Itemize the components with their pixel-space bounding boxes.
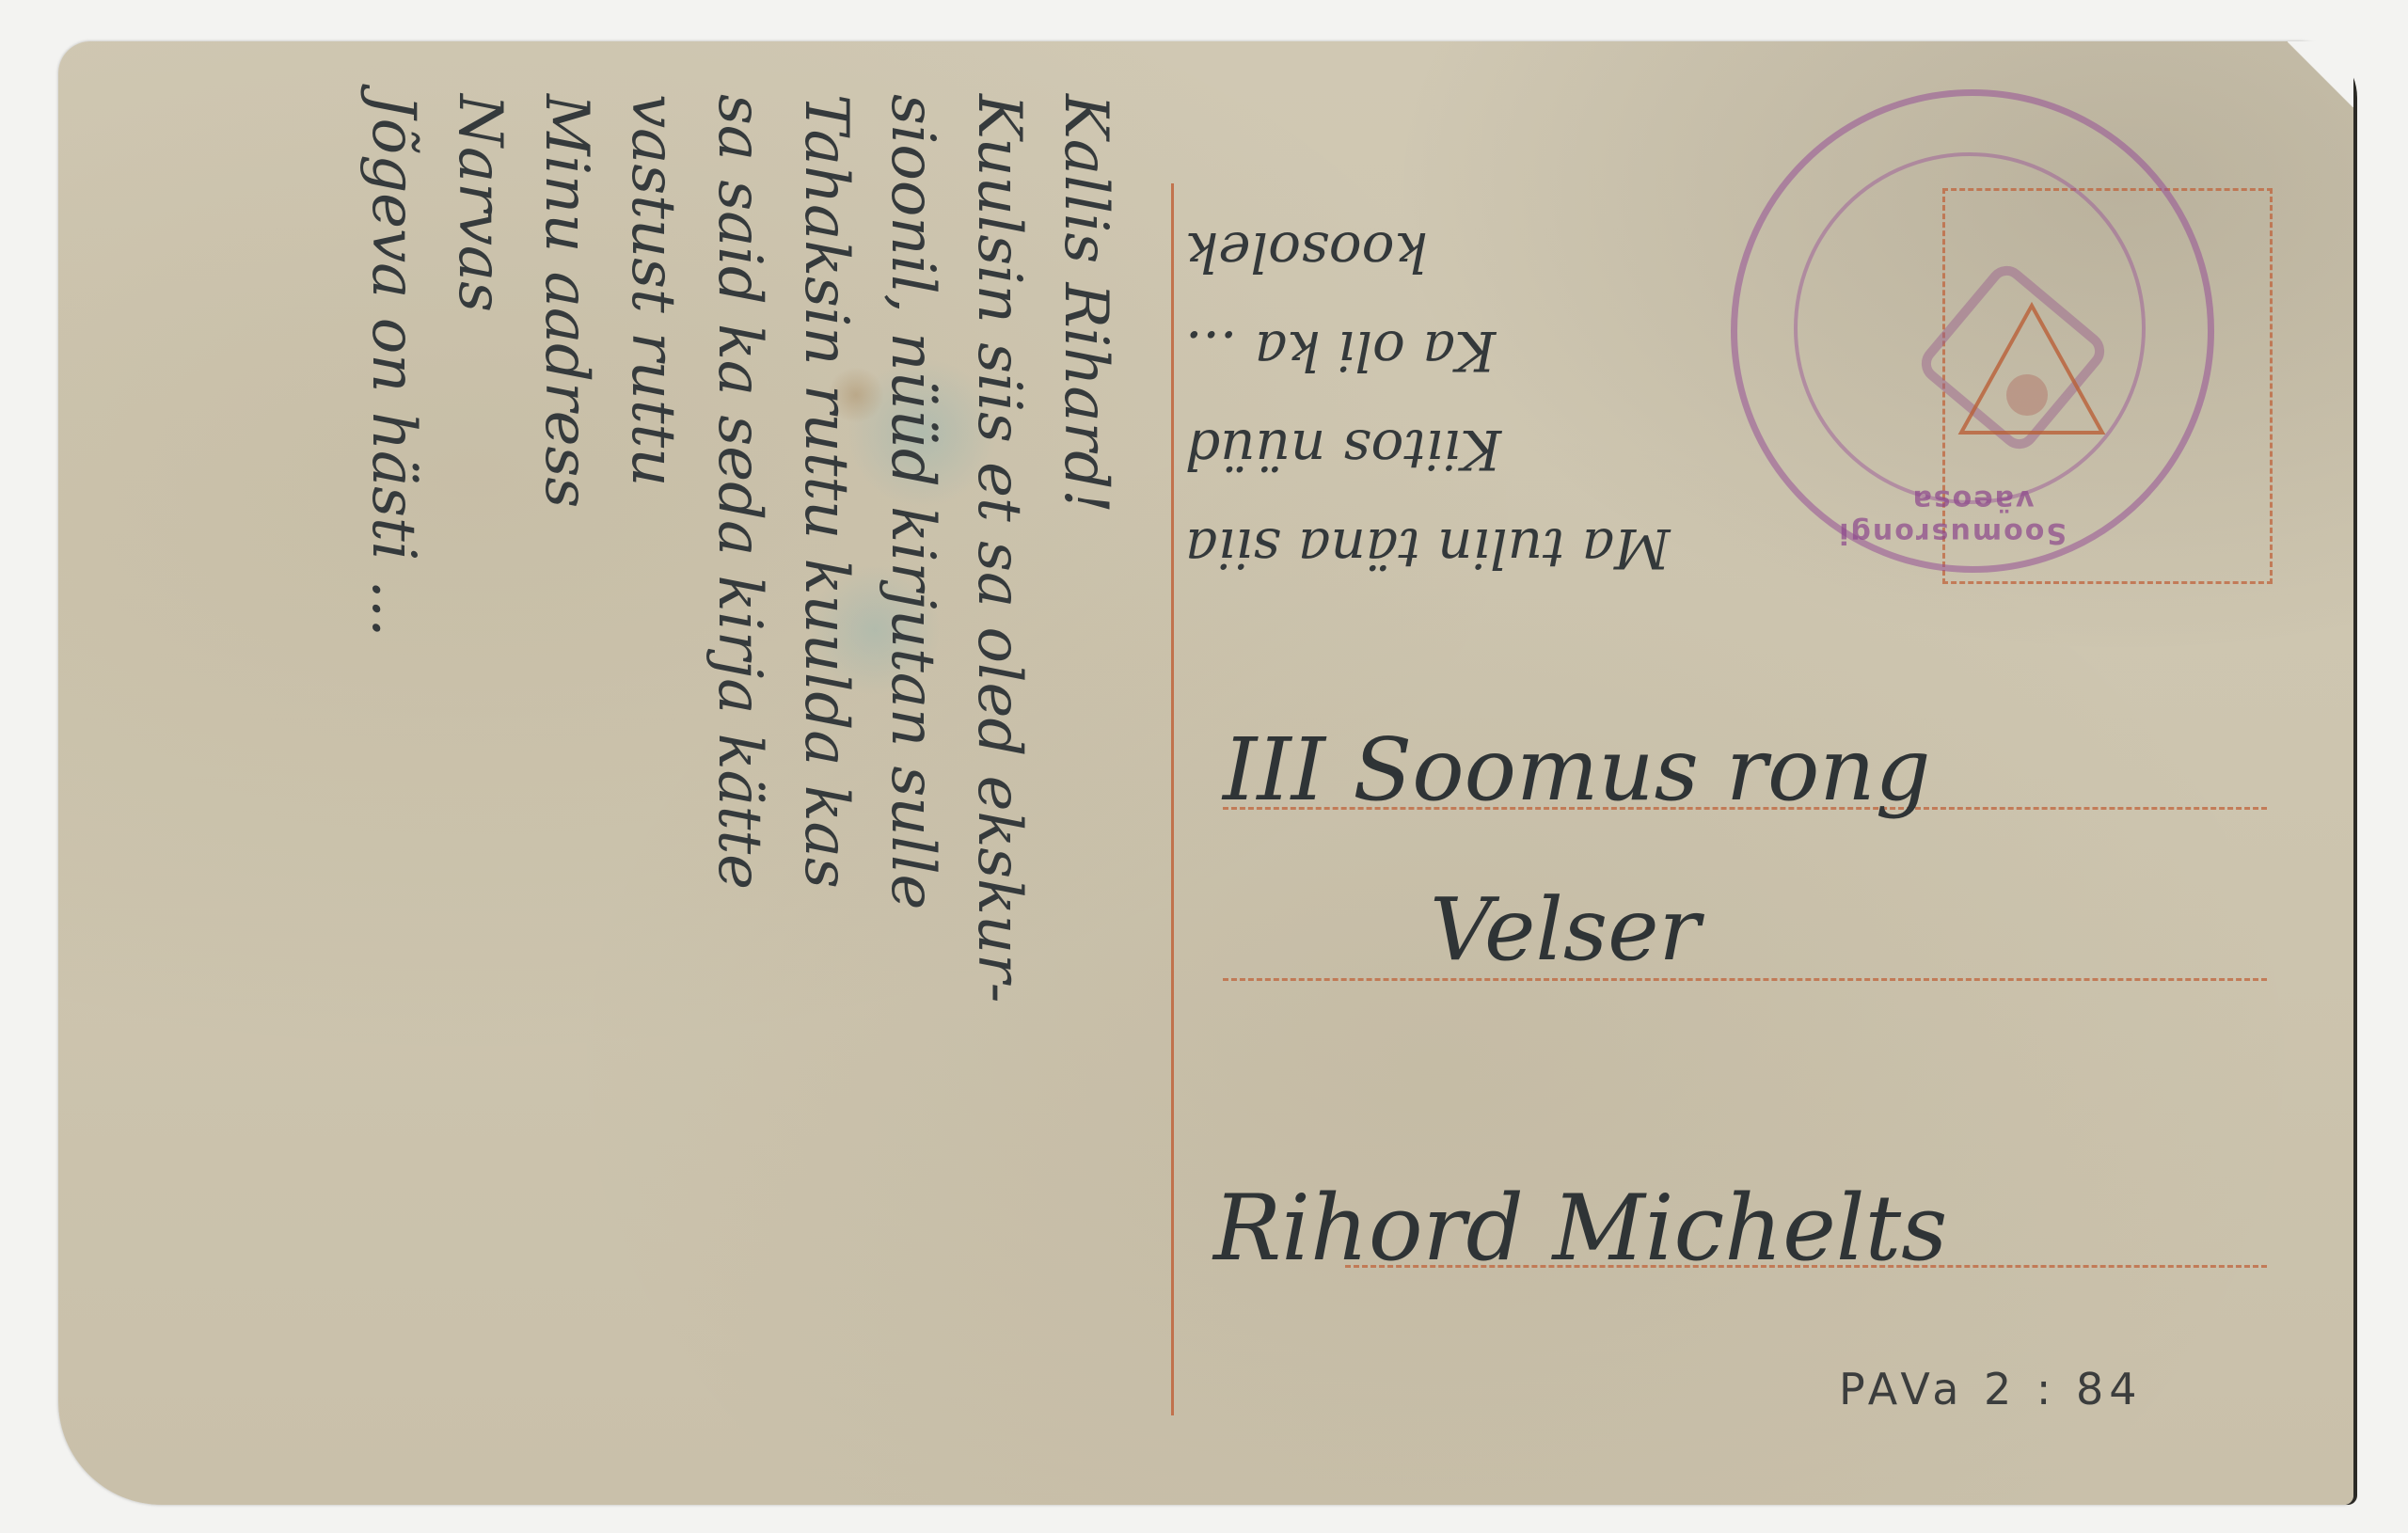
address-place: Velser — [1430, 879, 1701, 980]
message-line: sioonil, nüüd kirjutan sulle — [869, 94, 956, 1467]
message-line: Jõgeva on hästi ... — [350, 94, 436, 1467]
message-line: Ka oli ka ... — [1185, 301, 1938, 400]
message-line: Narvas — [436, 94, 523, 1467]
message-line: Kallis Rihard! — [1042, 94, 1129, 1467]
message-line: sa said ka seda kirja kätte — [696, 94, 783, 1467]
address-unit: III Soomus rong — [1223, 719, 1931, 820]
message-upside-down: Ma tulin täna siia Kiitos nüüd Ka oli ka… — [1185, 202, 1938, 597]
message-line: Kiitos nüüd — [1185, 400, 1938, 498]
message-line: Minu aadress — [523, 94, 610, 1467]
worn-corner — [2288, 41, 2353, 107]
message-line: Tahaksin ruttu kuulda kas — [783, 94, 869, 1467]
message-line: koosolek — [1185, 202, 1938, 301]
archive-reference: PAVa 2 : 84 — [1839, 1364, 2143, 1414]
message-line: vastust ruttu — [610, 94, 696, 1467]
message-line: Kuulsin siis et sa oled ekskur- — [956, 94, 1042, 1467]
address-line-2 — [1223, 978, 2267, 981]
divider-line — [1171, 183, 1174, 1415]
message-line: Ma tulin täna siia — [1185, 498, 1938, 597]
address-recipient: Rihord Michelts — [1213, 1176, 1947, 1281]
message-sideways: Kallis Rihard! Kuulsin siis et sa oled e… — [350, 94, 1129, 1467]
